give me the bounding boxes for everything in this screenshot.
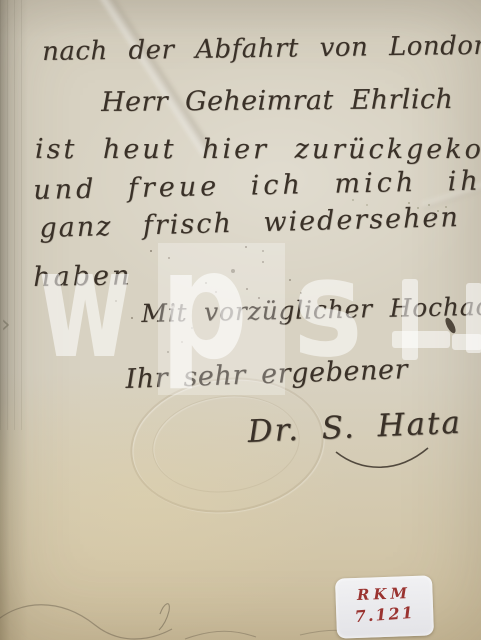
letter-line-3: ist heut hier zurückgekommen — [35, 135, 481, 165]
watermark-plus-icon — [392, 331, 450, 348]
watermark-letter-s: s — [293, 241, 363, 376]
archive-label-number: 7.121 — [336, 602, 434, 628]
letter-photograph: nach der Abfahrt von London. Herr Geheim… — [0, 0, 481, 640]
watermark-letter-w: w — [38, 230, 132, 380]
chevron-mark-icon: › — [1, 310, 11, 338]
archive-label-sticker: RKM 7.121 — [335, 575, 434, 638]
watermark-letter-box: p — [158, 243, 285, 395]
paper-edge-streaks — [0, 0, 26, 430]
ink-speckles-dark — [0, 0, 2, 2]
letter-line-2: Herr Geheimrat Ehrlich — [101, 85, 453, 118]
watermark-edge-glyph — [452, 334, 481, 350]
letter-line-1: nach der Abfahrt von London. — [42, 32, 481, 67]
archive-label-code: RKM — [335, 583, 433, 604]
watermark-letter-p: p — [160, 231, 248, 381]
